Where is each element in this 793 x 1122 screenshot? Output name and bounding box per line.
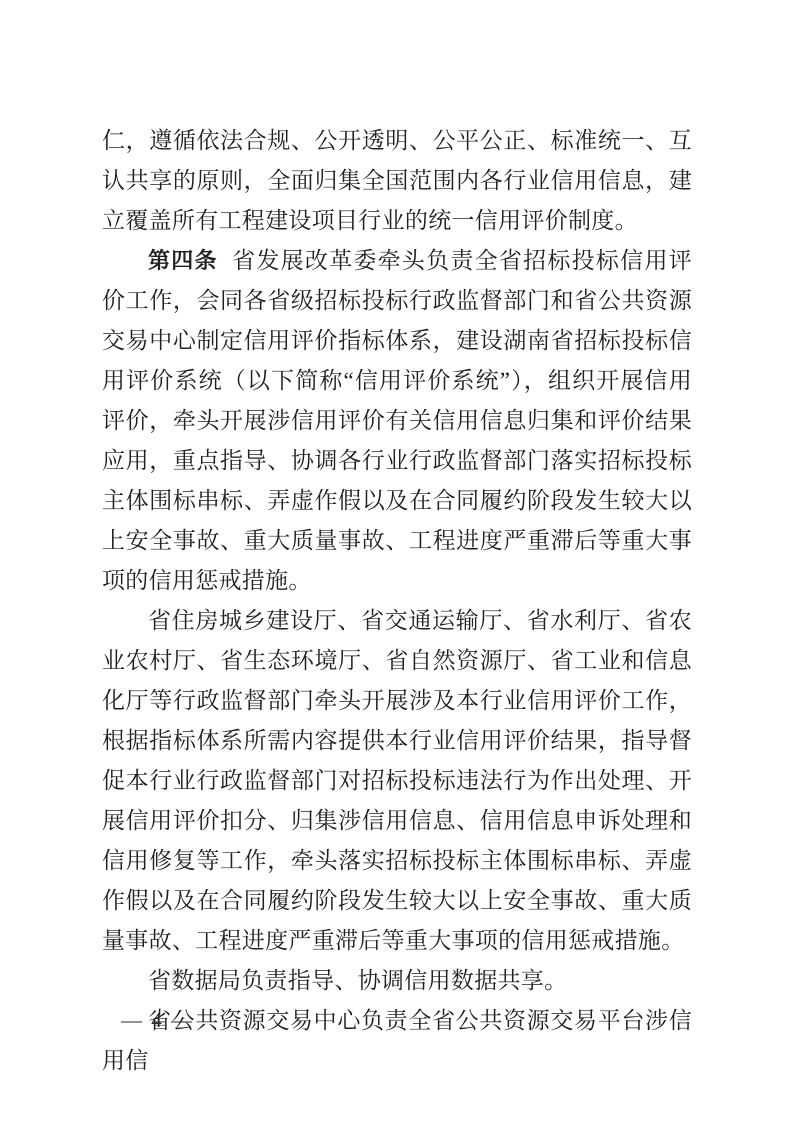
document-body: 仁，遵循依法合规、公开透明、公平公正、标准统一、互认共享的原则，全面归集全国范围…: [102, 121, 692, 1081]
paragraph-text: 仁，遵循依法合规、公开透明、公平公正、标准统一、互认共享的原则，全面归集全国范围…: [102, 128, 692, 233]
paragraph-text: 省数据局负责指导、协调信用数据共享。: [148, 968, 567, 993]
paragraph-departments: 省住房城乡建设厅、省交通运输厅、省水利厅、省农业农村厅、省生态环境厅、省自然资源…: [102, 601, 692, 961]
paragraph-data-bureau: 省数据局负责指导、协调信用数据共享。: [102, 961, 692, 1001]
paragraph-text: 省发展改革委牵头负责全省招标投标信用评价工作，会同各省级招标投标行政监督部门和省…: [102, 248, 692, 593]
page-number: — 4 —: [121, 1008, 194, 1033]
document-page: 仁，遵循依法合规、公开透明、公平公正、标准统一、互认共享的原则，全面归集全国范围…: [0, 0, 793, 1122]
paragraph-continuation: 仁，遵循依法合规、公开透明、公平公正、标准统一、互认共享的原则，全面归集全国范围…: [102, 121, 692, 241]
paragraph-article-4: 第四条省发展改革委牵头负责全省招标投标信用评价工作，会同各省级招标投标行政监督部…: [102, 241, 692, 601]
article-number-label: 第四条: [148, 248, 218, 273]
paragraph-text: 省住房城乡建设厅、省交通运输厅、省水利厅、省农业农村厅、省生态环境厅、省自然资源…: [102, 608, 692, 953]
